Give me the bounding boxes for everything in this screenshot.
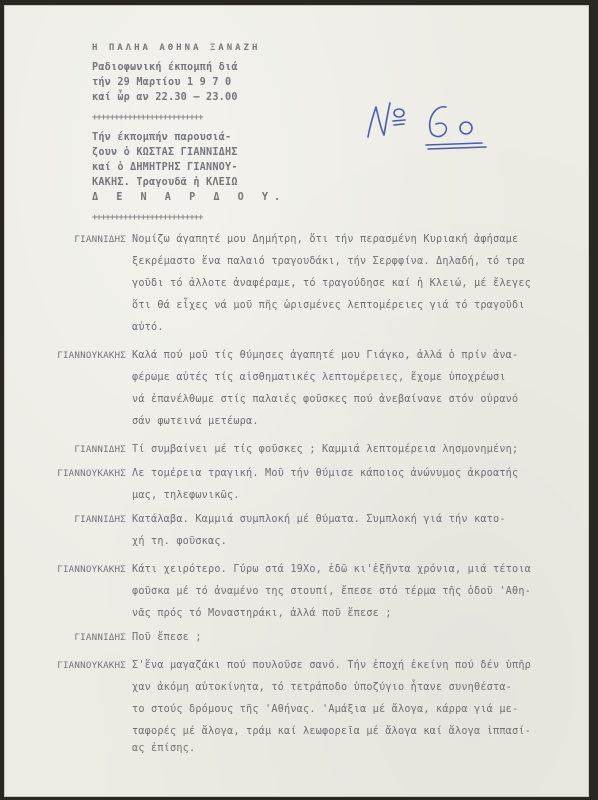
speech-line: σάν φωτεινά μετέωρα. — [132, 411, 559, 433]
speech-line: γοῦδι τό ἀλλοτε ἀναφέραμε, τό τραγούδησε… — [132, 273, 559, 295]
speech-line: χαν ἀκόμη αὐτοκίνητα, τό τετράποδο ὑποζύ… — [132, 677, 559, 699]
speech-line: χή τη. φοῦσκας. — [132, 531, 559, 553]
dialogue-turn: ΓΙΑΝΝΙΔΗΣ Νομίζω άγαπητέ μου Δημήτρη, ὅτ… — [4, 229, 589, 339]
typewritten-page: Η ΠΑΛΗΑ ΑΘΗΝΑ ΞΑΝΑΖΗ Ραδιοφωνική έκπομπή… — [4, 5, 589, 797]
speech-text: Κάτι χειρότερο. Γύρω στά 19Χο, ἐδῶ κι'ἐξ… — [132, 559, 589, 625]
header-bottom-separator: +++++++++++++++++++++++++ — [92, 211, 292, 226]
presenters-line: καί ὁ ΔΗΜΗΤΡΗΣ ΓΙΑΝΝΟΥ- — [92, 160, 292, 175]
speech-line: νά ἐπανέλθωμε στίς παλαιές φοῦσκες πού ἀ… — [132, 389, 559, 411]
speech-line: Ποῦ ἔπεσε ; — [132, 627, 559, 649]
speech-line: νᾶς πρός τό Μοναστηράκι, ἀλλά ποῦ ἔπεσε … — [132, 603, 559, 625]
speaker-name: ΓΙΑΝΝΙΔΗΣ — [4, 509, 132, 553]
speech-line: Σ'ἕνα μαγαζάκι πού πουλοῦσε σανό. Τήν ἐπ… — [132, 655, 559, 677]
dialogue-script: ΓΙΑΝΝΙΔΗΣ Νομίζω άγαπητέ μου Δημήτρη, ὅτ… — [4, 229, 589, 755]
speech-text: Τί συμβαίνει μέ τίς φοῦσκες ; Καμμιά λεπ… — [132, 439, 589, 461]
speaker-name: ΓΙΑΝΝΟΥΚΑΚΗΣ — [4, 655, 132, 755]
speech-line: φοῦσκα μέ τό ἀναμένο της στουπί, ἔπεσε σ… — [132, 581, 559, 603]
speaker-name: ΓΙΑΝΝΙΔΗΣ — [4, 229, 132, 339]
speech-text: Κατάλαβα. Καμμιά συμπλοκή μέ θύματα. Συμ… — [132, 509, 589, 553]
dialogue-turn: ΓΙΑΝΝΟΥΚΑΚΗΣ Κάτι χειρότερο. Γύρω στά 19… — [4, 559, 589, 625]
speaker-name: ΓΙΑΝΝΟΥΚΑΚΗΣ — [4, 559, 132, 625]
handwritten-no-60-icon — [364, 93, 504, 153]
speech-line: το στούς δρόμους τῆς 'Αθήνας. 'Αμάξια μέ… — [132, 699, 559, 721]
speech-line: αὐτό. — [132, 317, 559, 339]
broadcast-time-line: καί ὧρ αν 22.30 – 23.00 — [92, 90, 292, 105]
speech-text: Λε τομέρεια τραγική. Μοῦ τήν θύμισε κάπο… — [132, 463, 589, 507]
speaker-name: ΓΙΑΝΝΙΔΗΣ — [4, 439, 132, 461]
presenters-line: ζουν ὁ ΚΩΣΤΑΣ ΓΙΑΝΝΙΔΗΣ — [92, 145, 292, 160]
dialogue-turn: ΓΙΑΝΝΙΔΗΣ Τί συμβαίνει μέ τίς φοῦσκες ; … — [4, 439, 589, 461]
dialogue-turn: ΓΙΑΝΝΟΥΚΑΚΗΣ Λε τομέρεια τραγική. Μοῦ τή… — [4, 463, 589, 507]
program-header: Η ΠΑΛΗΑ ΑΘΗΝΑ ΞΑΝΑΖΗ Ραδιοφωνική έκπομπή… — [92, 41, 292, 226]
speaker-name: ΓΙΑΝΝΟΥΚΑΚΗΣ — [4, 463, 132, 507]
dialogue-turn: ΓΙΑΝΝΟΥΚΑΚΗΣ Σ'ἕνα μαγαζάκι πού πουλοῦσε… — [4, 655, 589, 755]
speech-line: φέρωμε αὐτές τίς αἰσθηματικές λεπτομέρει… — [132, 367, 559, 389]
speech-text: Σ'ἕνα μαγαζάκι πού πουλοῦσε σανό. Τήν ἐπ… — [132, 655, 589, 755]
speech-line: ταφορές μέ ἄλογα, τράμ καί λεωφορεῖα μέ … — [132, 721, 559, 743]
speaker-name: ΓΙΑΝΝΟΥΚΑΚΗΣ — [4, 345, 132, 433]
handwritten-number-annotation — [364, 93, 504, 153]
speech-line: Κάτι χειρότερο. Γύρω στά 19Χο, ἐδῶ κι'ἐξ… — [132, 559, 559, 581]
singer-surname: Δ Ε Ν Α Ρ Δ Ο Υ. — [92, 190, 292, 205]
speech-line: Λε τομέρεια τραγική. Μοῦ τήν θύμισε κάπο… — [132, 463, 559, 485]
speech-line: Τί συμβαίνει μέ τίς φοῦσκες ; Καμμιά λεπ… — [132, 439, 559, 461]
broadcast-date-line: τήν 29 Μαρτίου 1 9 7 0 — [92, 75, 292, 90]
speech-line: Καλά πού μοῦ τίς θύμησες ἀγαπητέ μου Γιά… — [132, 345, 559, 367]
presenters-line: Τήν έκπομπήν παρουσιά- — [92, 130, 292, 145]
speech-text: Καλά πού μοῦ τίς θύμησες ἀγαπητέ μου Γιά… — [132, 345, 589, 433]
speaker-name: ΓΙΑΝΝΙΔΗΣ — [4, 627, 132, 649]
presenters-line: ΚΑΚΗΣ. Τραγουδᾶ ἡ ΚΛΕΙΩ — [92, 175, 292, 190]
dialogue-turn: ΓΙΑΝΝΙΔΗΣ Ποῦ ἔπεσε ; — [4, 627, 589, 649]
dialogue-turn: ΓΙΑΝΝΟΥΚΑΚΗΣ Καλά πού μοῦ τίς θύμησες ἀγ… — [4, 345, 589, 433]
speech-text: Νομίζω άγαπητέ μου Δημήτρη, ὅτι τήν περα… — [132, 229, 589, 339]
speech-line: μας, τηλεφωνικῶς. — [132, 485, 559, 507]
speech-line: ξεκρέμαστο ἕνα παλαιό τραγουδάκι, τήν Σε… — [132, 251, 559, 273]
speech-text: Ποῦ ἔπεσε ; — [132, 627, 589, 649]
speech-line: Κατάλαβα. Καμμιά συμπλοκή μέ θύματα. Συμ… — [132, 509, 559, 531]
dialogue-turn: ΓΙΑΝΝΙΔΗΣ Κατάλαβα. Καμμιά συμπλοκή μέ θ… — [4, 509, 589, 553]
program-title: Η ΠΑΛΗΑ ΑΘΗΝΑ ΞΑΝΑΖΗ — [92, 41, 292, 56]
broadcast-line: Ραδιοφωνική έκπομπή διά — [92, 60, 292, 75]
speech-line: ὅτι θά εἶχες νά μοῦ πῆς ὡρισμένες λεπτομ… — [132, 295, 559, 317]
speech-line: ας ἐπίσης. — [132, 743, 559, 755]
header-separator: +++++++++++++++++++++++++ — [92, 111, 292, 126]
speech-line: Νομίζω άγαπητέ μου Δημήτρη, ὅτι τήν περα… — [132, 229, 559, 251]
